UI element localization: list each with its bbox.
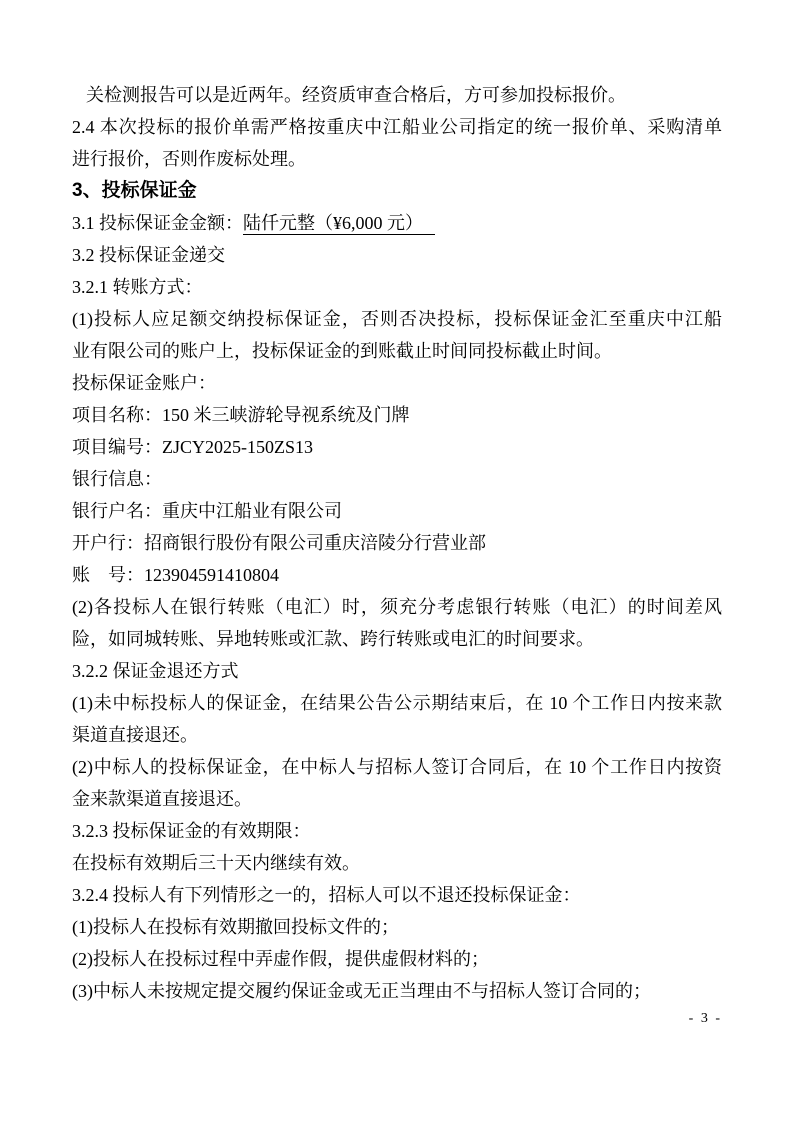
bank-account-number-line: 账 号：123904591410804 <box>72 559 722 591</box>
clause-3-2-2-item-1-line-2: 渠道直接退还。 <box>72 719 722 751</box>
clause-3-2-3-heading: 3.2.3 投标保证金的有效期限： <box>72 815 722 847</box>
bank-holder-line: 银行户名：重庆中江船业有限公司 <box>72 495 722 527</box>
clause-3-2-1-heading: 3.2.1 转账方式： <box>72 271 722 303</box>
clause-3-2-2-heading: 3.2.2 保证金退还方式 <box>72 655 722 687</box>
paragraph-continuation-line: 关检测报告可以是近两年。经资质审查合格后，方可参加投标报价。 <box>72 79 722 111</box>
section-3-heading: 3、投标保证金 <box>72 175 722 207</box>
clause-3-2-4-item-1: (1)投标人在投标有效期撤回投标文件的； <box>72 911 722 943</box>
clause-3-2-1-item-2-line-2: 险，如同城转账、异地转账或汇款、跨行转账或电汇的时间要求。 <box>72 623 722 655</box>
clause-3-2-2-item-2-line-1: (2)中标人的投标保证金，在中标人与招标人签订合同后，在 10 个工作日内按资 <box>72 751 722 783</box>
clause-2-4-line-1: 2.4 本次投标的报价单需严格按重庆中江船业公司指定的统一报价单、采购清单 <box>72 111 722 143</box>
clause-3-2-3-body: 在投标有效期后三十天内继续有效。 <box>72 847 722 879</box>
clause-3-2-1-item-2-line-1: (2)各投标人在银行转账（电汇）时，须充分考虑银行转账（电汇）的时间差风 <box>72 591 722 623</box>
clause-3-2-4-item-2: (2)投标人在投标过程中弄虚作假，提供虚假材料的； <box>72 943 722 975</box>
clause-3-2-heading: 3.2 投标保证金递交 <box>72 239 722 271</box>
page-number: - 3 - <box>72 1009 722 1029</box>
document-page: 关检测报告可以是近两年。经资质审查合格后，方可参加投标报价。 2.4 本次投标的… <box>0 0 793 1122</box>
clause-2-4-line-2: 进行报价，否则作废标处理。 <box>72 143 722 175</box>
bank-info-title: 银行信息： <box>72 463 722 495</box>
clause-3-2-1-item-1-line-1: (1)投标人应足额交纳投标保证金，否则否决投标，投标保证金汇至重庆中江船 <box>72 303 722 335</box>
bond-account-title: 投标保证金账户： <box>72 367 722 399</box>
clause-3-2-4-heading: 3.2.4 投标人有下列情形之一的，招标人可以不退还投标保证金： <box>72 879 722 911</box>
clause-3-2-1-item-1-line-2: 业有限公司的账户上，投标保证金的到账截止时间同投标截止时间。 <box>72 335 722 367</box>
clause-3-2-2-item-1-line-1: (1)未中标投标人的保证金，在结果公告公示期结束后，在 10 个工作日内按来款 <box>72 687 722 719</box>
bank-branch-line: 开户行：招商银行股份有限公司重庆涪陵分行营业部 <box>72 527 722 559</box>
clause-3-2-4-item-3: (3)中标人未按规定提交履约保证金或无正当理由不与招标人签订合同的； <box>72 975 722 1007</box>
clause-3-1-line: 3.1 投标保证金金额：陆仟元整（¥6,000 元） <box>72 207 722 239</box>
project-number-line: 项目编号：ZJCY2025-150ZS13 <box>72 431 722 463</box>
bid-bond-amount-label: 3.1 投标保证金金额： <box>72 213 243 233</box>
clause-3-2-2-item-2-line-2: 金来款渠道直接退还。 <box>72 783 722 815</box>
project-name-line: 项目名称：150 米三峡游轮导视系统及门牌 <box>72 399 722 431</box>
bid-bond-amount-value: 陆仟元整（¥6,000 元） <box>243 213 435 235</box>
